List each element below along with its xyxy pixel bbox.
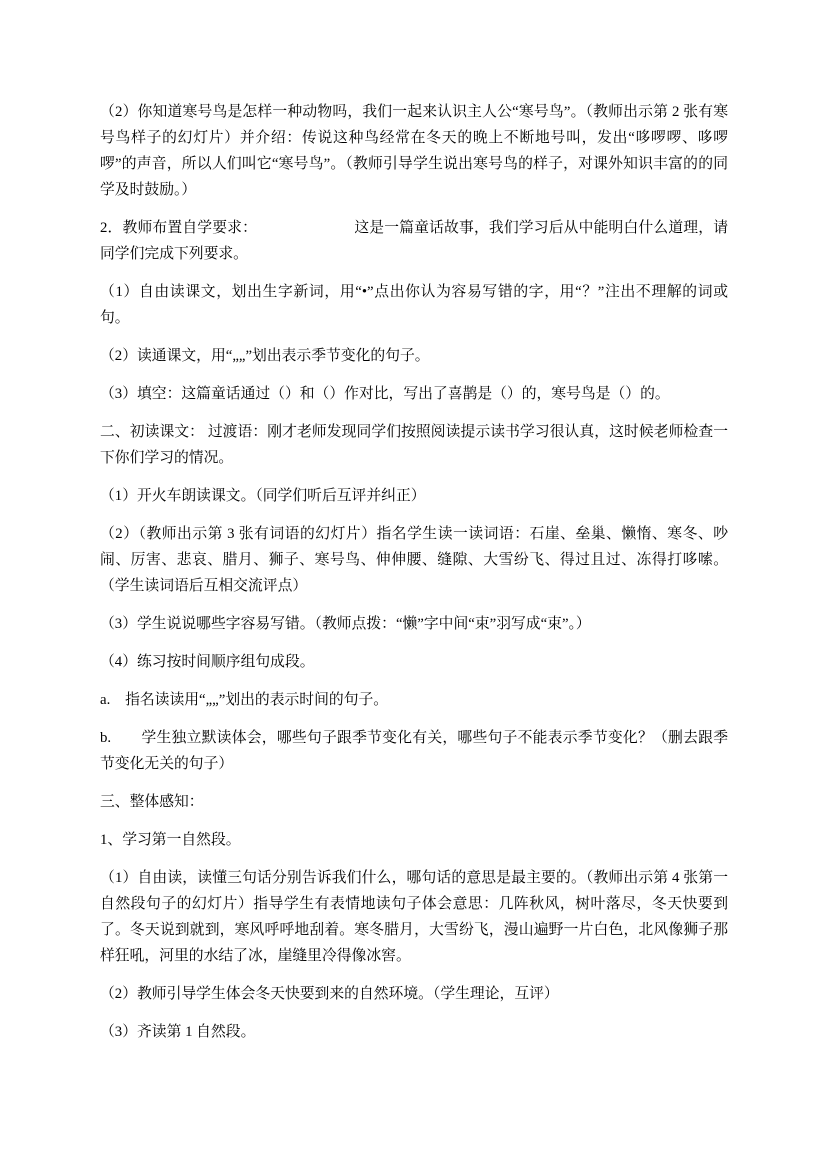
paragraph-easy-miswritten-chars: （3）学生说说哪些字容易写错。（教师点拨：“懒”字中间“束”羽写成“束”。） [100,611,728,637]
paragraph-train-reading: （1）开火车朗读课文。（同学们听后互评并纠正） [100,483,728,509]
paragraph-section-3-overall-perception: 三、整体感知： [100,789,728,815]
paragraph-section-2-first-reading: 二、初读课文： 过渡语：刚才老师发现同学们按照阅读提示读书学习很认真，这时候老师… [100,419,728,471]
paragraph-learn-first-paragraph: 1、学习第一自然段。 [100,827,728,853]
paragraph-time-order-practice: （4）练习按时间顺序组句成段。 [100,649,728,675]
paragraph-requirement-3-fill-blank: （3）填空：这篇童话通过（）和（）作对比，写出了喜鹊是（）的，寒号鸟是（）的。 [100,381,728,407]
paragraph-hanhaoniao-intro: （2）你知道寒号鸟是怎样一种动物吗，我们一起来认识主人公“寒号鸟”。（教师出示第… [100,99,728,203]
paragraph-requirement-2: （2）读通课文，用“„„”划出表示季节变化的句子。 [100,343,728,369]
paragraph-self-study-requirements: 2．教师布置自学要求： 这是一篇童话故事，我们学习后从中能明白什么道理，请同学们… [100,215,728,267]
document-page: （2）你知道寒号鸟是怎样一种动物吗，我们一起来认识主人公“寒号鸟”。（教师出示第… [100,99,728,1045]
paragraph-free-reading-sentences: （1）自由读，读懂三句话分别告诉我们什么，哪句话的意思是最主要的。（教师出示第 … [100,865,728,969]
paragraph-winter-environment: （2）教师引导学生体会冬天快要到来的自然环境。（学生理论，互评） [100,981,728,1007]
paragraph-item-b: b. 学生独立默读体会，哪些句子跟季节变化有关，哪些句子不能表示季节变化？（删去… [100,725,728,777]
paragraph-read-together: （3）齐读第 1 自然段。 [100,1019,728,1045]
paragraph-item-a: a. 指名读读用“„„”划出的表示时间的句子。 [100,687,728,713]
paragraph-word-list: （2）（教师出示第 3 张有词语的幻灯片）指名学生读一读词语：石崖、垒巢、懒惰、… [100,521,728,599]
paragraph-requirement-1: （1）自由读课文，划出生字新词，用“•”点出你认为容易写错的字，用“？”注出不理… [100,279,728,331]
